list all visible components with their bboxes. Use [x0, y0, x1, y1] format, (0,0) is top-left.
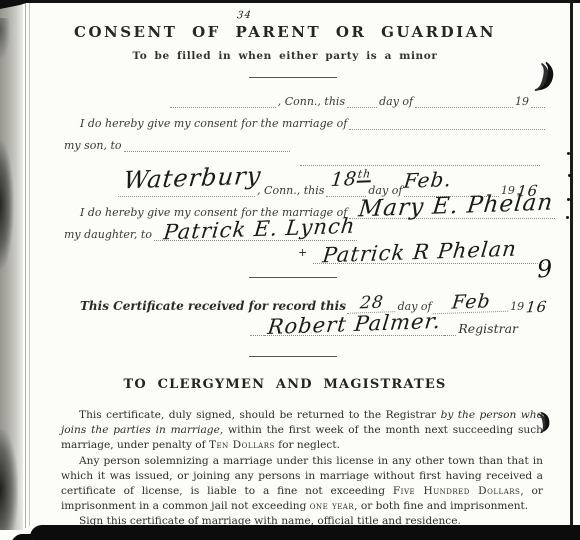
page-edge-line — [29, 2, 30, 526]
handwritten-record-month: Feb — [432, 292, 509, 315]
blank-consent-row: I do hereby give my consent for the marr… — [78, 116, 545, 130]
blank-month-line — [415, 102, 513, 108]
printed-year-prefix: 19 — [508, 300, 526, 313]
blank-day-line — [347, 102, 377, 108]
printed-conn-this: , Conn., this — [255, 184, 326, 197]
blank-groom-line — [124, 146, 290, 152]
blank-place-line — [170, 102, 276, 108]
registrar-signature-row: Robert Palmer. Registrar — [250, 318, 520, 336]
notice-p2-fine: Five Hundred Dollars — [393, 485, 521, 497]
notice-paragraph-3: Sign this certificate of marriage with n… — [61, 514, 543, 529]
record-received-row: This Certificate received for record thi… — [78, 296, 540, 313]
registrar-line — [444, 330, 456, 336]
day-number: 18 — [330, 168, 359, 191]
handwritten-day: 18th — [330, 168, 372, 190]
printed-my-son-to: my son, to — [62, 139, 124, 152]
registrar-line — [250, 330, 264, 336]
section-divider — [249, 77, 337, 78]
scan-top-bar — [0, 0, 580, 3]
registrar-signature-field: Robert Palmer. — [264, 314, 445, 336]
filled-relation-row: my daughter, to Patrick E. Lynch — [62, 226, 352, 241]
handwritten-month: Feb. — [403, 169, 453, 191]
handwritten-bride-name: Mary E. Phelan — [358, 192, 555, 222]
handwritten-parent-signature: Patrick R Phelan — [322, 239, 518, 267]
witness-cross-mark: + — [298, 246, 307, 259]
notice-heading: TO CLERGYMEN AND MAGISTRATES — [34, 377, 536, 392]
page-right-edge-line — [570, 0, 573, 540]
printed-year-prefix: 19 — [513, 95, 531, 108]
printed-day-of: day of — [377, 95, 415, 108]
blank-place-date-row: , Conn., this day of 19 — [170, 94, 545, 108]
parent-signature-field: Patrick R Phelan — [313, 242, 544, 264]
printed-conn-this: , Conn., this — [276, 95, 347, 108]
notice-p1-penalty: Ten Dollars — [209, 439, 275, 451]
bride-name-field: Mary E. Phelan — [349, 195, 555, 219]
document-title: CONSENT OF PARENT OR GUARDIAN — [34, 23, 536, 41]
printed-my-daughter-to: my daughter, to — [62, 228, 154, 241]
notice-p1-text: for neglect. — [275, 439, 340, 451]
section-divider — [249, 277, 337, 278]
notice-paragraph-2: Any person solemnizing a marriage under … — [61, 454, 543, 515]
blank-signature-line — [300, 160, 540, 166]
blank-year-line — [531, 102, 545, 108]
handwritten-page-number: 34 — [236, 11, 252, 22]
section-divider — [249, 356, 337, 357]
notice-p2-text: , or both fine and imprisonment. — [354, 500, 528, 512]
blank-bride-line — [349, 124, 545, 130]
book-binding-shadow — [0, 2, 23, 530]
ink-blot-top-right: ) — [537, 59, 559, 94]
notice-p3-text: Sign this certificate of marriage with n… — [79, 515, 461, 527]
groom-name-field: Patrick E. Lynch — [154, 219, 357, 241]
page-edge-line — [25, 2, 26, 528]
scanned-certificate-page: ) 9 ) 34 CONSENT OF PARENT OR GUARDIAN T… — [0, 0, 580, 540]
printed-received-text: This Certificate received for record thi… — [78, 299, 348, 313]
ink-specks-right-edge — [567, 152, 570, 155]
handwritten-place: Waterbury — [122, 164, 262, 193]
document-subtitle: To be filled in when either party is a m… — [34, 50, 536, 62]
notice-p1-text: This certificate, duly signed, should be… — [79, 409, 441, 421]
printed-registrar-label: Registrar — [456, 321, 520, 336]
day-ordinal: th — [357, 167, 372, 182]
handwritten-registrar-signature: Robert Palmer. — [266, 311, 442, 338]
printed-consent-text: I do hereby give my consent for the marr… — [78, 117, 349, 130]
parent-signature-row: + Patrick R Phelan — [298, 240, 544, 264]
notice-p2-term: one year — [310, 500, 354, 512]
handwritten-record-year: 16 — [525, 300, 548, 316]
blank-relation-row: my son, to — [62, 138, 290, 152]
notice-paragraph-1: This certificate, duly signed, should be… — [61, 408, 543, 454]
